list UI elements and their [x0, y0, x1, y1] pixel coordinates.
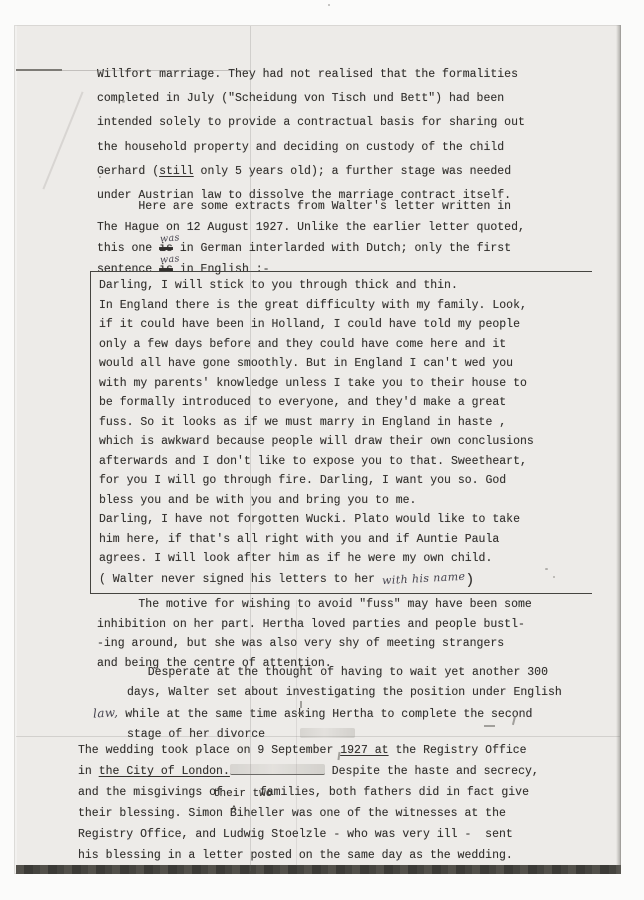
text-line: their blessing. Simon Biheller was one o… — [78, 804, 539, 825]
text-line: fuss. So it looks as if we must marry in… — [99, 413, 592, 433]
typewritten-text: in German interlarded with Dutch; only t… — [173, 242, 511, 255]
caret-mark: ^ — [231, 801, 237, 822]
quoted-letter-box: Darling, I will stick to you through thi… — [90, 271, 592, 594]
paper-speck-top — [328, 4, 330, 6]
typewritten-text: Here are some extracts from Walter's let… — [97, 200, 511, 213]
text-line: agrees. I will look after him as if he w… — [99, 549, 592, 569]
typewritten-text: intended solely to provide a contractual… — [97, 116, 525, 129]
text-line: if it could have been in Holland, I coul… — [99, 315, 592, 335]
text-line: bless you and be with you and bring you … — [99, 491, 592, 511]
inserted-words: their two — [213, 784, 272, 805]
crease-dash-left — [16, 69, 62, 71]
typewritten-text: the Registry Office — [389, 744, 527, 757]
closing-paren: ) — [465, 572, 474, 589]
text-line: Registry Office, and Ludwig Stoelzle - w… — [78, 825, 539, 846]
text-line: Desperate at the thought of having to wa… — [127, 663, 562, 683]
underlined-text: still — [159, 165, 194, 178]
text-line: Darling, I have not forgotten Wucki. Pla… — [99, 510, 592, 530]
text-line: with my parents' knowledge unless I take… — [99, 374, 592, 394]
typewritten-text: in — [78, 765, 99, 778]
text-line: law,while at the same time asking Hertha… — [127, 703, 562, 725]
typewritten-text: him here, if that's all right with you a… — [99, 533, 499, 546]
text-line: ( Walter never signed his letters to her… — [99, 569, 592, 591]
text-line: days, Walter set about investigating the… — [127, 683, 562, 703]
squiggle-2 — [298, 712, 304, 714]
squiggle-1 — [300, 701, 302, 708]
text-line: inhibition on her part. Hertha loved par… — [97, 615, 532, 635]
typewritten-text: would all have gone smoothly. But in Eng… — [99, 357, 513, 370]
text-line: -ing around, but she was also very shy o… — [97, 634, 532, 654]
typewritten-text: inhibition on her part. Hertha loved par… — [97, 618, 525, 631]
typewritten-text: In England there is the great difficulty… — [99, 299, 527, 312]
typewritten-text: for you I will go through fire. Darling,… — [99, 474, 506, 487]
typewritten-text — [265, 728, 300, 741]
text-line: In England there is the great difficulty… — [99, 296, 592, 316]
paper-speck-3 — [545, 568, 548, 570]
text-line: Here are some extracts from Walter's let… — [97, 196, 525, 217]
typewritten-text: afterwards and I don't like to expose yo… — [99, 455, 527, 468]
typewritten-text: while at the same time asking Hertha to … — [125, 708, 532, 721]
fold-line-lower — [296, 600, 297, 866]
text-line: the household property and deciding on c… — [97, 136, 525, 160]
erased-smudge — [230, 764, 325, 775]
text-line: The motive for wishing to avoid "fuss" m… — [97, 595, 532, 615]
text-line: which is awkward because people will dra… — [99, 432, 592, 452]
typewritten-text: if it could have been in Holland, I coul… — [99, 318, 520, 331]
typewritten-text: which is awkward because people will dra… — [99, 435, 534, 448]
typewritten-text: The motive for wishing to avoid "fuss" m… — [97, 598, 532, 611]
typewritten-text: only a few days before and they could ha… — [99, 338, 506, 351]
paragraph-desperate: Desperate at the thought of having to wa… — [127, 663, 562, 745]
typewritten-text: be formally introduced to everyone, and … — [99, 396, 506, 409]
text-line: be formally introduced to everyone, and … — [99, 393, 592, 413]
text-line: The wedding took place on 9 September 19… — [78, 741, 539, 762]
underlined-text: the City of London. — [99, 765, 230, 778]
typewritten-text: Gerhard ( — [97, 165, 159, 178]
photocopy-page: Willfort marriage. They had not realised… — [14, 25, 621, 874]
typewritten-text: ( Walter never signed his letters to her — [99, 573, 382, 586]
paper-speck-2 — [99, 176, 101, 178]
page-bottom-edge — [16, 865, 621, 874]
typewritten-text: fuss. So it looks as if we must marry in… — [99, 416, 506, 429]
text-line: Willfort marriage. They had not realised… — [97, 63, 525, 87]
paragraph-extracts-intro: Here are some extracts from Walter's let… — [97, 196, 525, 280]
stray-dash — [484, 725, 495, 727]
typewritten-text: -ing around, but she was also very shy o… — [97, 637, 504, 650]
typewritten-text: only 5 years old); a further stage was n… — [194, 165, 511, 178]
typewritten-text: Desperate at the thought of having to wa… — [127, 666, 548, 679]
typewritten-text: completed in July ("Scheidung von Tisch … — [97, 92, 504, 105]
paragraph-motive: The motive for wishing to avoid "fuss" m… — [97, 595, 532, 673]
typewritten-text: with my parents' knowledge unless I take… — [99, 377, 527, 390]
paragraph-wedding: The wedding took place on 9 September 19… — [78, 741, 539, 866]
text-line: completed in July ("Scheidung von Tisch … — [97, 87, 525, 111]
fold-line-vertical — [250, 26, 251, 871]
text-line: and the misgivings oftheir two^ families… — [78, 783, 539, 804]
text-line: his blessing in a letter posted on the s… — [78, 846, 539, 867]
crease-line-lower — [16, 736, 620, 737]
paper-speck-1 — [122, 100, 125, 103]
page-right-edge — [616, 25, 621, 874]
text-line: Darling, I will stick to you through thi… — [99, 276, 592, 296]
typewritten-text: Darling, I have not forgotten Wucki. Pla… — [99, 513, 520, 526]
typewritten-text: Despite the haste and secrecy, — [325, 765, 539, 778]
typewritten-text: days, Walter set about investigating the… — [127, 686, 562, 699]
typewritten-text: their blessing. Simon Biheller was one o… — [78, 807, 506, 820]
typewritten-text: families, both fathers did in fact give — [253, 786, 529, 799]
text-line: only a few days before and they could ha… — [99, 335, 592, 355]
text-line: in the City of London. Despite the haste… — [78, 762, 539, 783]
typewritten-text: The wedding took place on 9 September — [78, 744, 340, 757]
typewritten-text: stage of her divorce — [127, 728, 265, 741]
underlined-text: 1927 at — [340, 744, 388, 757]
typewritten-text: bless you and be with you and bring you … — [99, 494, 416, 507]
handwritten-correction: was — [159, 248, 181, 271]
typewritten-text: agrees. I will look after him as if he w… — [99, 552, 492, 565]
typewritten-text: and the misgivings of — [78, 786, 223, 799]
paragraph-willfort-marriage: Willfort marriage. They had not realised… — [97, 63, 525, 208]
text-line: for you I will go through fire. Darling,… — [99, 471, 592, 491]
text-line: afterwards and I don't like to expose yo… — [99, 452, 592, 472]
handwritten-correction: was — [159, 227, 181, 250]
text-line: him here, if that's all right with you a… — [99, 530, 592, 550]
typewritten-text: Darling, I will stick to you through thi… — [99, 279, 458, 292]
paper-speck-4 — [553, 576, 555, 578]
typewritten-text: the household property and deciding on c… — [97, 141, 504, 154]
handwritten-note: with his name — [382, 566, 466, 590]
text-line: Gerhard (still only 5 years old); a furt… — [97, 160, 525, 184]
handwritten-margin-word: law, — [92, 702, 118, 723]
text-line: would all have gone smoothly. But in Eng… — [99, 354, 592, 374]
typewritten-text: this one — [97, 242, 159, 255]
text-line: intended solely to provide a contractual… — [97, 111, 525, 135]
